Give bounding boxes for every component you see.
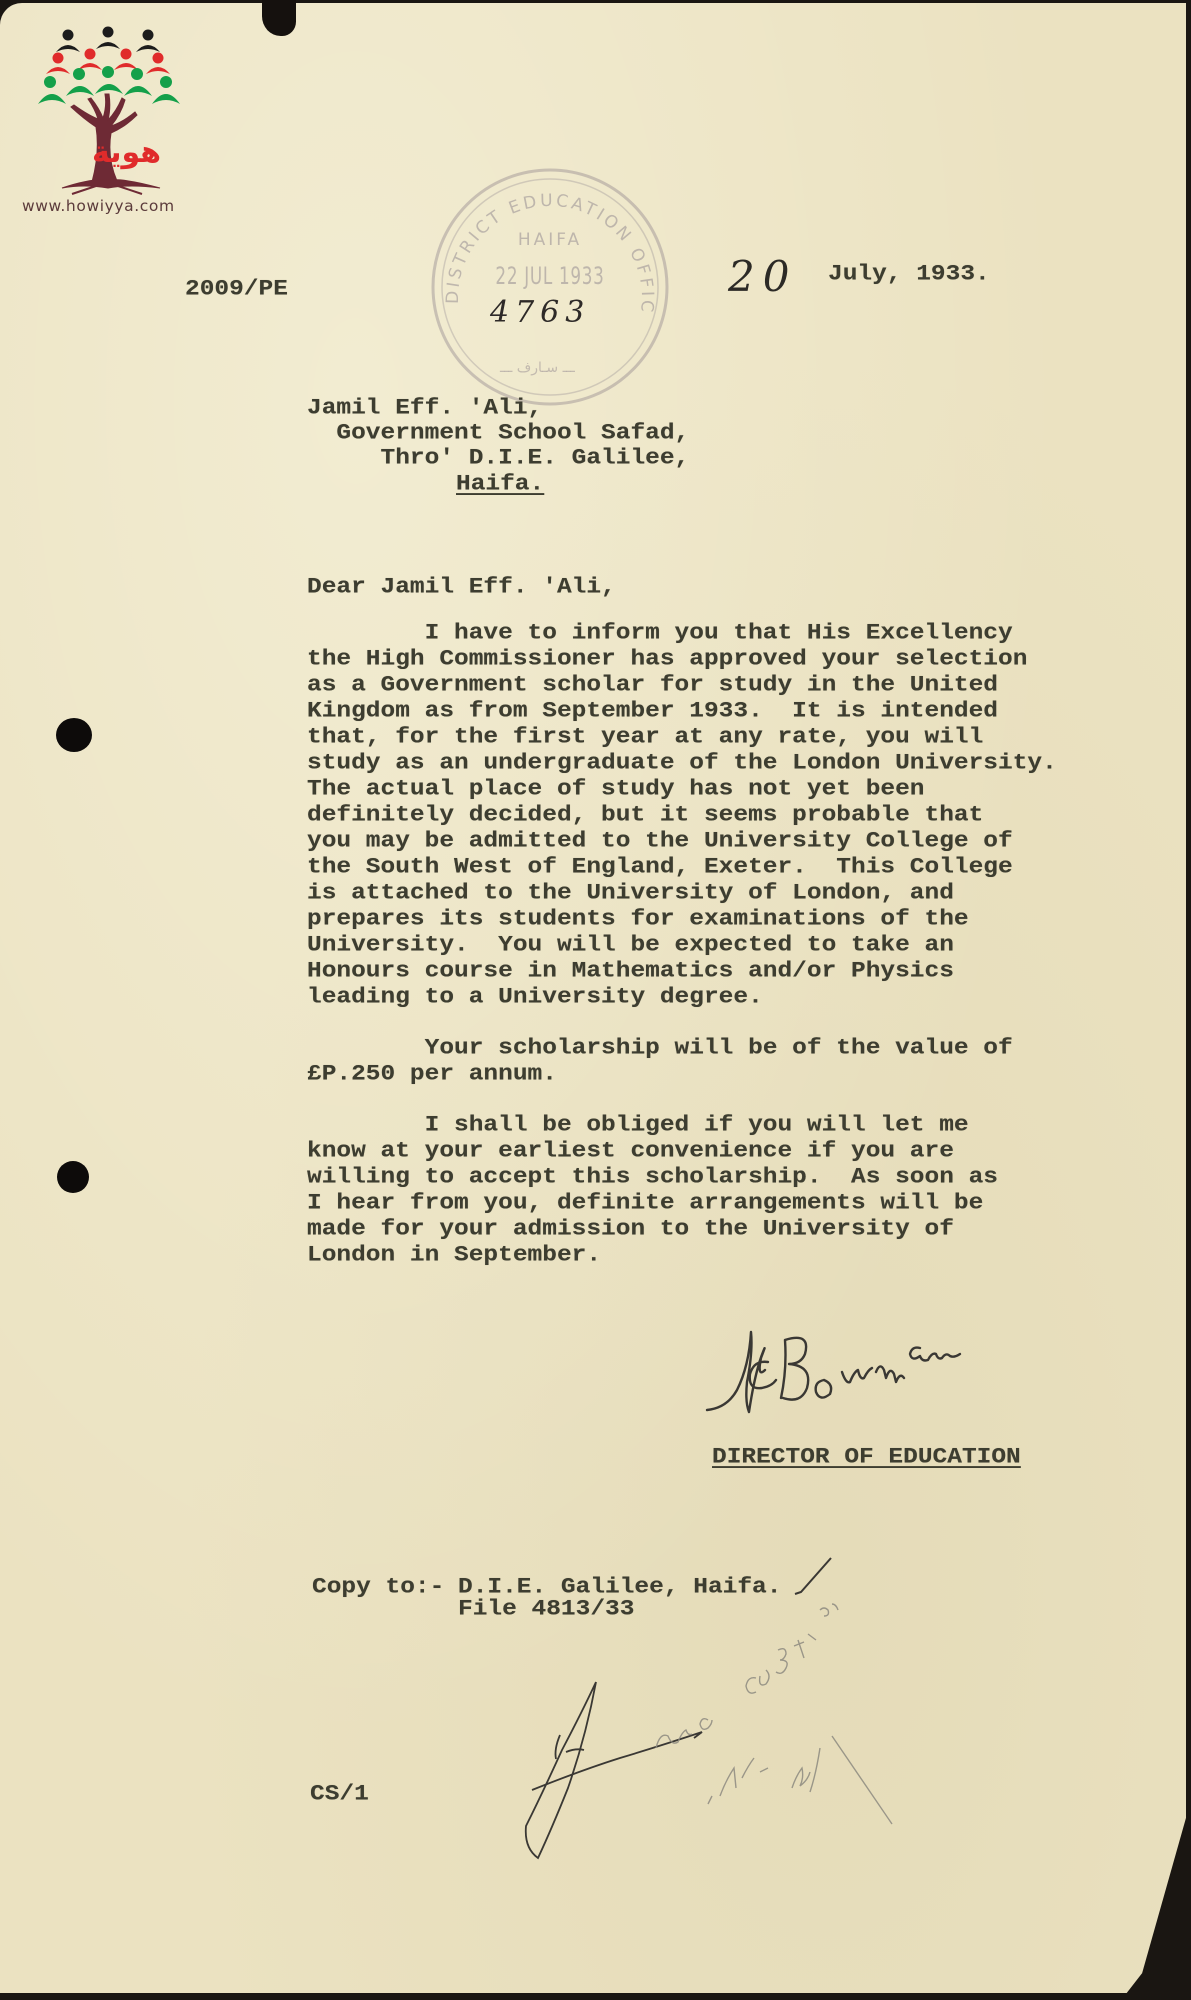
addressee-line: Jamil Eff. 'Ali, — [307, 396, 542, 422]
body-line: that, for the first year at any rate, yo… — [307, 725, 983, 751]
howiyya-url[interactable]: www.howiyya.com — [22, 197, 175, 215]
body-line: University. You will be expected to take… — [307, 933, 954, 959]
body-line: is attached to the University of London,… — [307, 881, 954, 907]
howiyya-tree-logo-icon: هوية — [22, 22, 194, 202]
body-line: London in September. — [307, 1243, 601, 1269]
date-month-year: July, 1933. — [828, 262, 990, 288]
body-line: leading to a University degree. — [307, 985, 763, 1011]
body-line: you may be admitted to the University Co… — [307, 829, 1013, 855]
body-line: I have to inform you that His Excellency — [307, 621, 1013, 647]
body-line: know at your earliest convenience if you… — [307, 1139, 954, 1165]
body-line: prepares its students for examinations o… — [307, 907, 969, 933]
salutation: Dear Jamil Eff. 'Ali, — [307, 575, 616, 601]
copy-to-label: Copy to:- — [312, 1575, 444, 1601]
stamp-handwritten-number: 4763 — [490, 295, 590, 330]
addressee-city: Haifa. — [456, 472, 544, 498]
body-line: I shall be obliged if you will let me — [307, 1113, 969, 1139]
signatory-title: DIRECTOR OF EDUCATION — [712, 1445, 1021, 1471]
footer-code: CS/1 — [310, 1782, 369, 1808]
svg-text:هوية: هوية — [92, 135, 161, 170]
body-line: I hear from you, definite arrangements w… — [307, 1191, 983, 1217]
body-line: made for your admission to the Universit… — [307, 1217, 954, 1243]
howiyya-logo: هوية — [22, 22, 194, 222]
body-line: as a Government scholar for study in the… — [307, 673, 998, 699]
body-line: willing to accept this scholarship. As s… — [307, 1165, 998, 1191]
paper-tear-notch — [262, 0, 296, 36]
body-line: Kingdom as from September 1933. It is in… — [307, 699, 998, 725]
reference-number: 2009/PE — [185, 277, 288, 303]
copy-to-file: File 4813/33 — [458, 1597, 634, 1623]
body-line: the South West of England, Exeter. This … — [307, 855, 1013, 881]
punch-hole-top — [56, 718, 92, 752]
body-line: the High Commissioner has approved your … — [307, 647, 1027, 673]
body-line: Your scholarship will be of the value of — [307, 1036, 1013, 1062]
body-line: Honours course in Mathematics and/or Phy… — [307, 959, 954, 985]
date-day-handwritten: 20 — [728, 252, 797, 301]
addressee-line: Thro' D.I.E. Galilee, — [307, 446, 689, 472]
stamp-date: 22 JUL 1933 — [466, 262, 634, 290]
addressee-line: Government School Safad, — [307, 421, 689, 447]
svg-text:ـــ سـارف ـــ: ـــ سـارف ـــ — [499, 360, 576, 376]
stamp-city: HAIFA — [430, 230, 670, 250]
punch-hole-bottom — [57, 1161, 89, 1193]
body-line: The actual place of study has not yet be… — [307, 777, 925, 803]
body-line: definitely decided, but it seems probabl… — [307, 803, 983, 829]
body-line: £P.250 per annum. — [307, 1062, 557, 1088]
received-stamp: DISTRICT EDUCATION OFFICE ـــ سـارف ـــ … — [430, 167, 670, 407]
body-line: study as an undergraduate of the London … — [307, 751, 1057, 777]
